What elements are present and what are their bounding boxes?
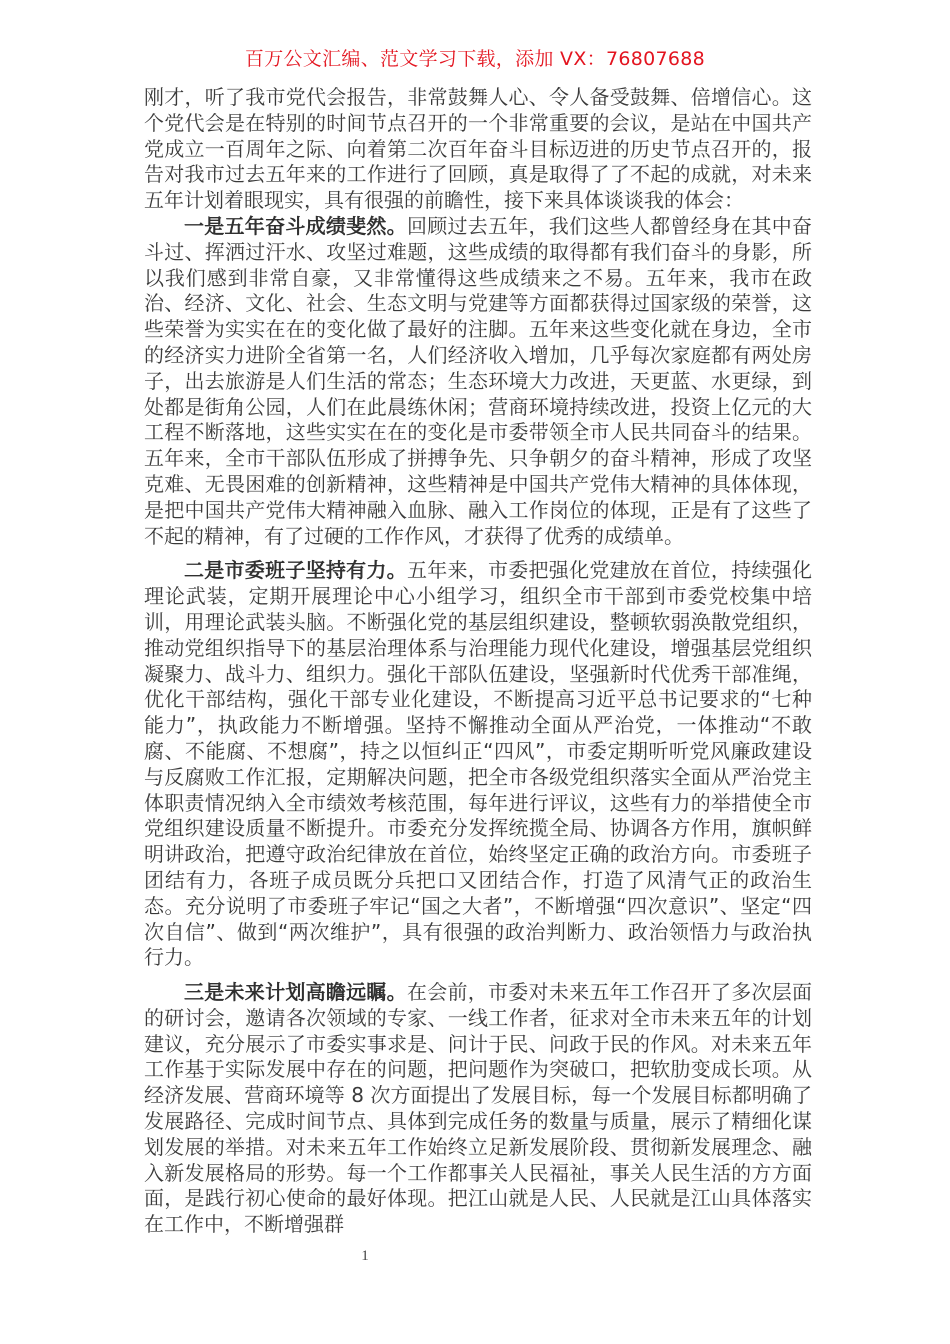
paragraph-heading: 二是市委班子坚持有力。 <box>184 558 407 582</box>
paragraph-text: 在会前，市委对未来五年工作召开了多次层面的研讨会，邀请各次领域的专家、一线工作者… <box>144 980 812 1236</box>
paragraph-point-1: 一是五年奋斗成绩斐然。回顾过去五年，我们这些人都曾经身在其中奋斗过、挥洒过汗水、… <box>144 214 812 549</box>
paragraph-point-2: 二是市委班子坚持有力。五年来，市委把强化党建放在首位，持续强化理论武装，定期开展… <box>144 558 812 971</box>
document-body: 刚才，听了我市党代会报告，非常鼓舞人心、令人备受鼓舞、倍增信心。这个党代会是在特… <box>144 85 812 1238</box>
paragraph-text: 五年来，市委把强化党建放在首位，持续强化理论武装，定期开展理论中心小组学习，组织… <box>144 558 812 969</box>
paragraph-point-3: 三是未来计划高瞻远瞩。在会前，市委对未来五年工作召开了多次层面的研讨会，邀请各次… <box>144 980 812 1238</box>
watermark-banner: 百万公文汇编、范文学习下载，添加 VX：76807688 <box>0 47 950 71</box>
paragraph-heading: 三是未来计划高瞻远瞩。 <box>184 980 407 1004</box>
paragraph-text: 刚才，听了我市党代会报告，非常鼓舞人心、令人备受鼓舞、倍增信心。这个党代会是在特… <box>144 85 812 212</box>
paragraph-heading: 一是五年奋斗成绩斐然。 <box>184 214 407 238</box>
paragraph-text: 回顾过去五年，我们这些人都曾经身在其中奋斗过、挥洒过汗水、攻坚过难题，这些成绩的… <box>144 214 812 548</box>
page-number: 1 <box>355 1248 375 1265</box>
paragraph-intro: 刚才，听了我市党代会报告，非常鼓舞人心、令人备受鼓舞、倍增信心。这个党代会是在特… <box>144 85 812 214</box>
